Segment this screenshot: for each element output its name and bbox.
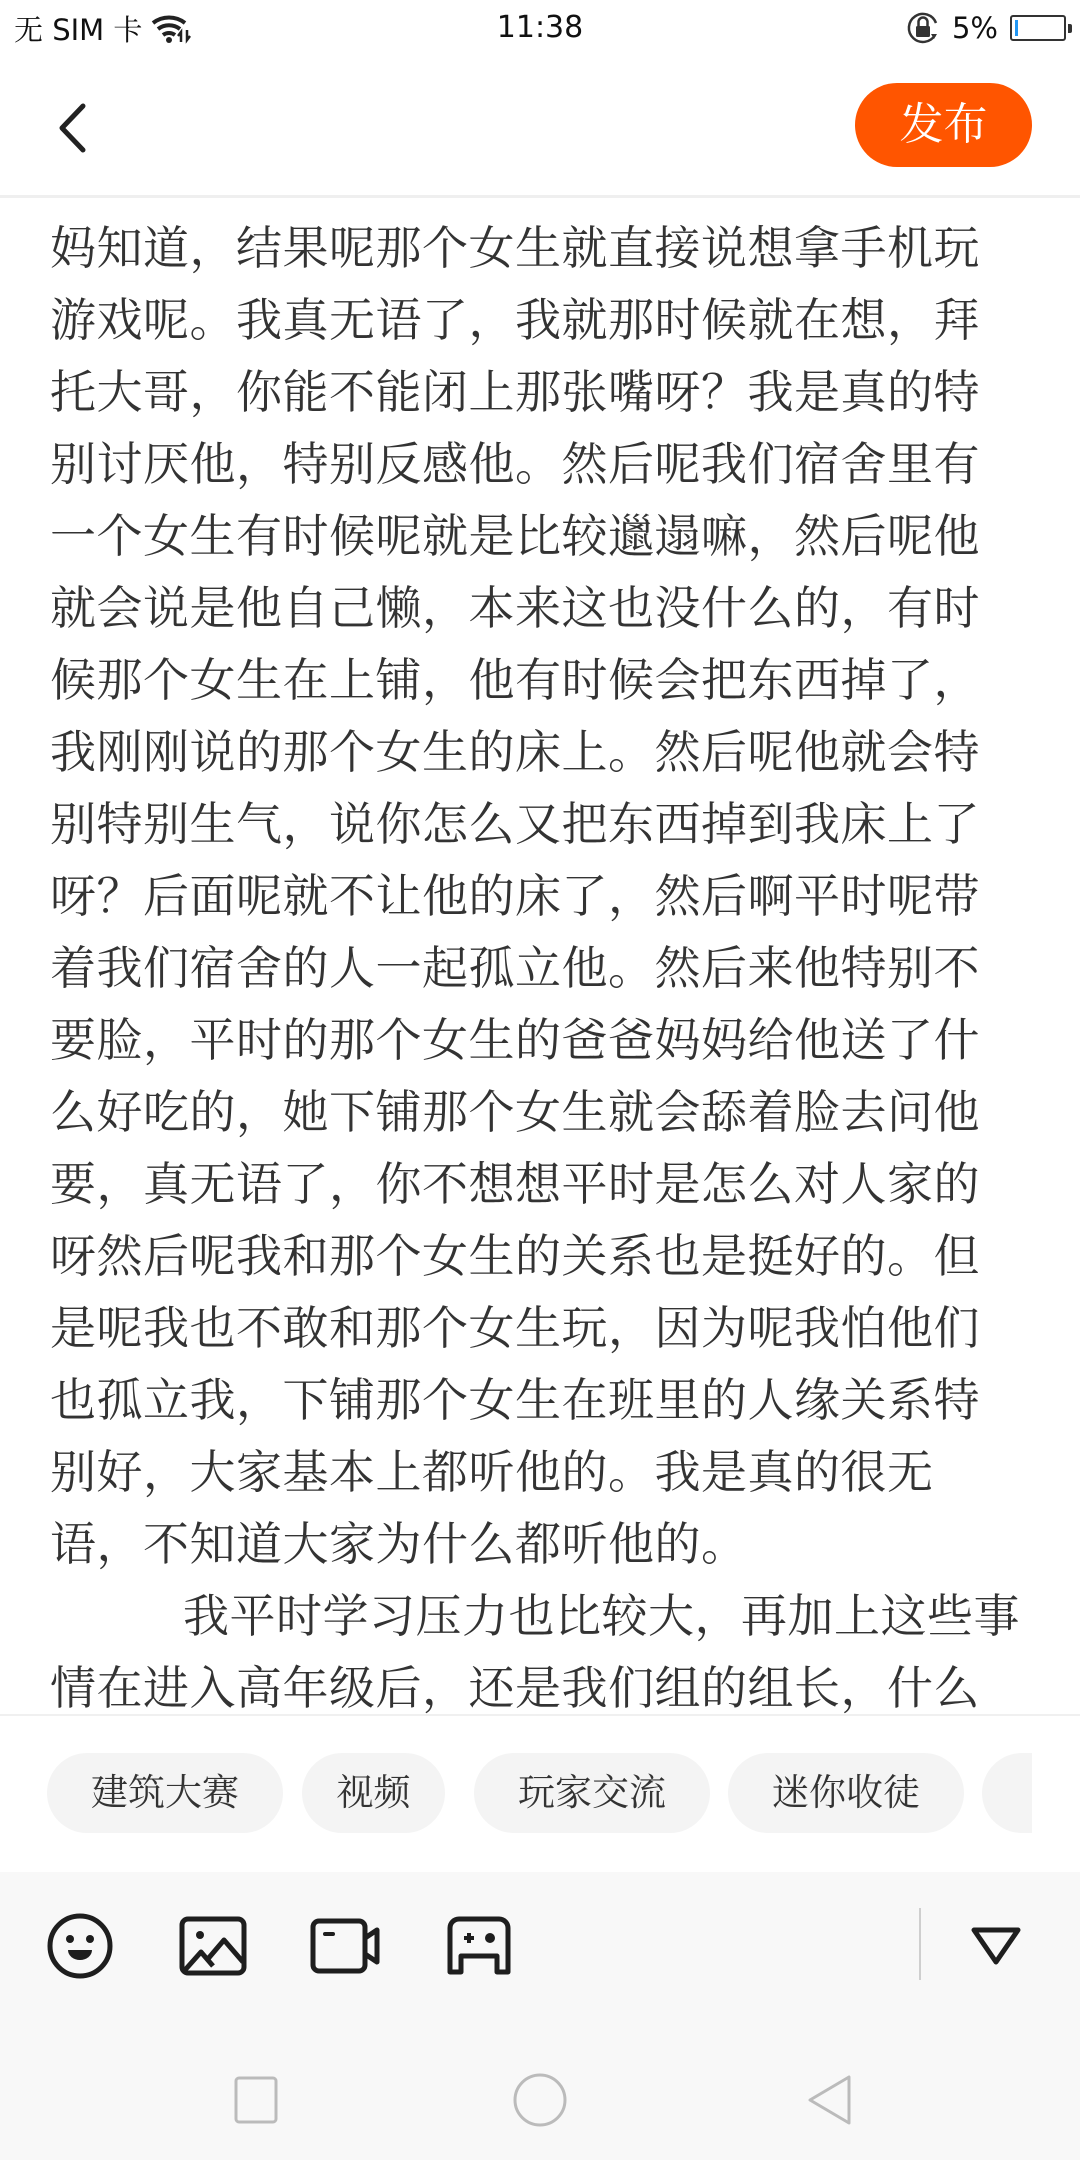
back-button[interactable] bbox=[40, 92, 104, 164]
text-line: 语，不知道大家为什么都听他的。 bbox=[50, 1508, 748, 1580]
emoji-button[interactable] bbox=[44, 1910, 116, 1982]
back-icon bbox=[805, 2072, 855, 2128]
video-button[interactable] bbox=[310, 1910, 382, 1982]
publish-button[interactable]: 发布 bbox=[855, 83, 1032, 167]
game-button[interactable] bbox=[443, 1910, 515, 1982]
toolbar-divider bbox=[919, 1908, 921, 1980]
battery-icon bbox=[1010, 15, 1066, 41]
text-line: 呀？后面呢就不让他的床了，然后啊平时呢带 bbox=[50, 860, 980, 932]
text-line-indented: 我平时学习压力也比较大，再加上这些事 bbox=[183, 1580, 1020, 1652]
app-header: 发布 bbox=[0, 56, 1080, 198]
battery-level bbox=[1015, 20, 1018, 36]
topic-chip[interactable]: 视频 bbox=[302, 1753, 445, 1833]
text-line: 候那个女生在上铺，他有时候会把东西掉了， bbox=[50, 644, 980, 716]
text-line: 托大哥，你能不能闭上那张嘴呀？我是真的特 bbox=[50, 356, 980, 428]
text-line: 别讨厌他，特别反感他。然后呢我们宿舍里有 bbox=[50, 428, 980, 500]
chevron-left-icon bbox=[56, 103, 88, 153]
text-line: 妈知道，结果呢那个女生就直接说想拿手机玩 bbox=[50, 212, 980, 284]
recent-apps-icon bbox=[233, 2075, 279, 2125]
nav-back-button[interactable] bbox=[782, 2052, 878, 2148]
text-line: 要，真无语了，你不想想平时是怎么对人家的 bbox=[50, 1148, 980, 1220]
triangle-down-icon bbox=[968, 1924, 1024, 1968]
topic-chip-scroller[interactable]: 建筑大赛 视频 玩家交流 迷你收徒 资 bbox=[47, 1753, 1032, 1833]
text-line: 要脸，平时的那个女生的爸爸妈妈给他送了什 bbox=[50, 1004, 980, 1076]
image-icon bbox=[179, 1916, 247, 1976]
home-button[interactable] bbox=[492, 2052, 588, 2148]
post-content-editor[interactable]: 我跟我的室友们说不要告诉老师和我爸爸妈 妈知道，结果呢那个女生就直接说想拿手机玩… bbox=[0, 200, 1080, 1714]
gamepad-icon bbox=[447, 1916, 511, 1976]
topic-chip[interactable]: 玩家交流 bbox=[474, 1753, 710, 1833]
rotation-lock-icon bbox=[904, 9, 942, 47]
image-button[interactable] bbox=[177, 1910, 249, 1982]
battery-nub bbox=[1068, 24, 1072, 33]
video-icon bbox=[310, 1918, 382, 1974]
status-right: 5% bbox=[904, 8, 1066, 48]
text-line: 是呢我也不敢和那个女生玩，因为呢我怕他们 bbox=[50, 1292, 980, 1364]
text-line: 别好，大家基本上都听他的。我是真的很无 bbox=[50, 1436, 934, 1508]
topic-chip-bar: 建筑大赛 视频 玩家交流 迷你收徒 资 bbox=[0, 1716, 1080, 1872]
home-icon bbox=[512, 2072, 568, 2128]
partial-text-line: 我跟我的室友们说不要告诉老师和我爸爸妈 bbox=[50, 200, 924, 210]
topic-chip[interactable]: 建筑大赛 bbox=[47, 1753, 283, 1833]
text-line: 情在进入高年级后，还是我们组的组长，什么 bbox=[50, 1652, 980, 1714]
topic-chip[interactable]: 资 bbox=[982, 1753, 1032, 1833]
emoji-icon bbox=[46, 1912, 114, 1980]
text-line: 着我们宿舍的人一起孤立他。然后来他特别不 bbox=[50, 932, 980, 1004]
text-line: 别特别生气，说你怎么又把东西掉到我床上了 bbox=[50, 788, 980, 860]
text-line: 也孤立我，下铺那个女生在班里的人缘关系特 bbox=[50, 1364, 980, 1436]
system-nav-bar bbox=[0, 2040, 1080, 2160]
collapse-toolbar-button[interactable] bbox=[960, 1910, 1032, 1982]
text-line: 么好吃的，她下铺那个女生就会舔着脸去问他 bbox=[50, 1076, 980, 1148]
text-line: 我刚刚说的那个女生的床上。然后呢他就会特 bbox=[50, 716, 980, 788]
text-line: 呀然后呢我和那个女生的关系也是挺好的。但 bbox=[50, 1220, 980, 1292]
text-line: 就会说是他自己懒，本来这也没什么的，有时 bbox=[50, 572, 980, 644]
text-line: 游戏呢。我真无语了，我就那时候就在想，拜 bbox=[50, 284, 980, 356]
text-line: 一个女生有时候呢就是比较邋遢嘛，然后呢他 bbox=[50, 500, 980, 572]
recent-apps-button[interactable] bbox=[208, 2052, 304, 2148]
topic-chip[interactable]: 迷你收徒 bbox=[728, 1753, 964, 1833]
status-bar: 无 SIM 卡 11:38 5% bbox=[0, 0, 1080, 56]
battery-percent: 5% bbox=[952, 11, 998, 45]
